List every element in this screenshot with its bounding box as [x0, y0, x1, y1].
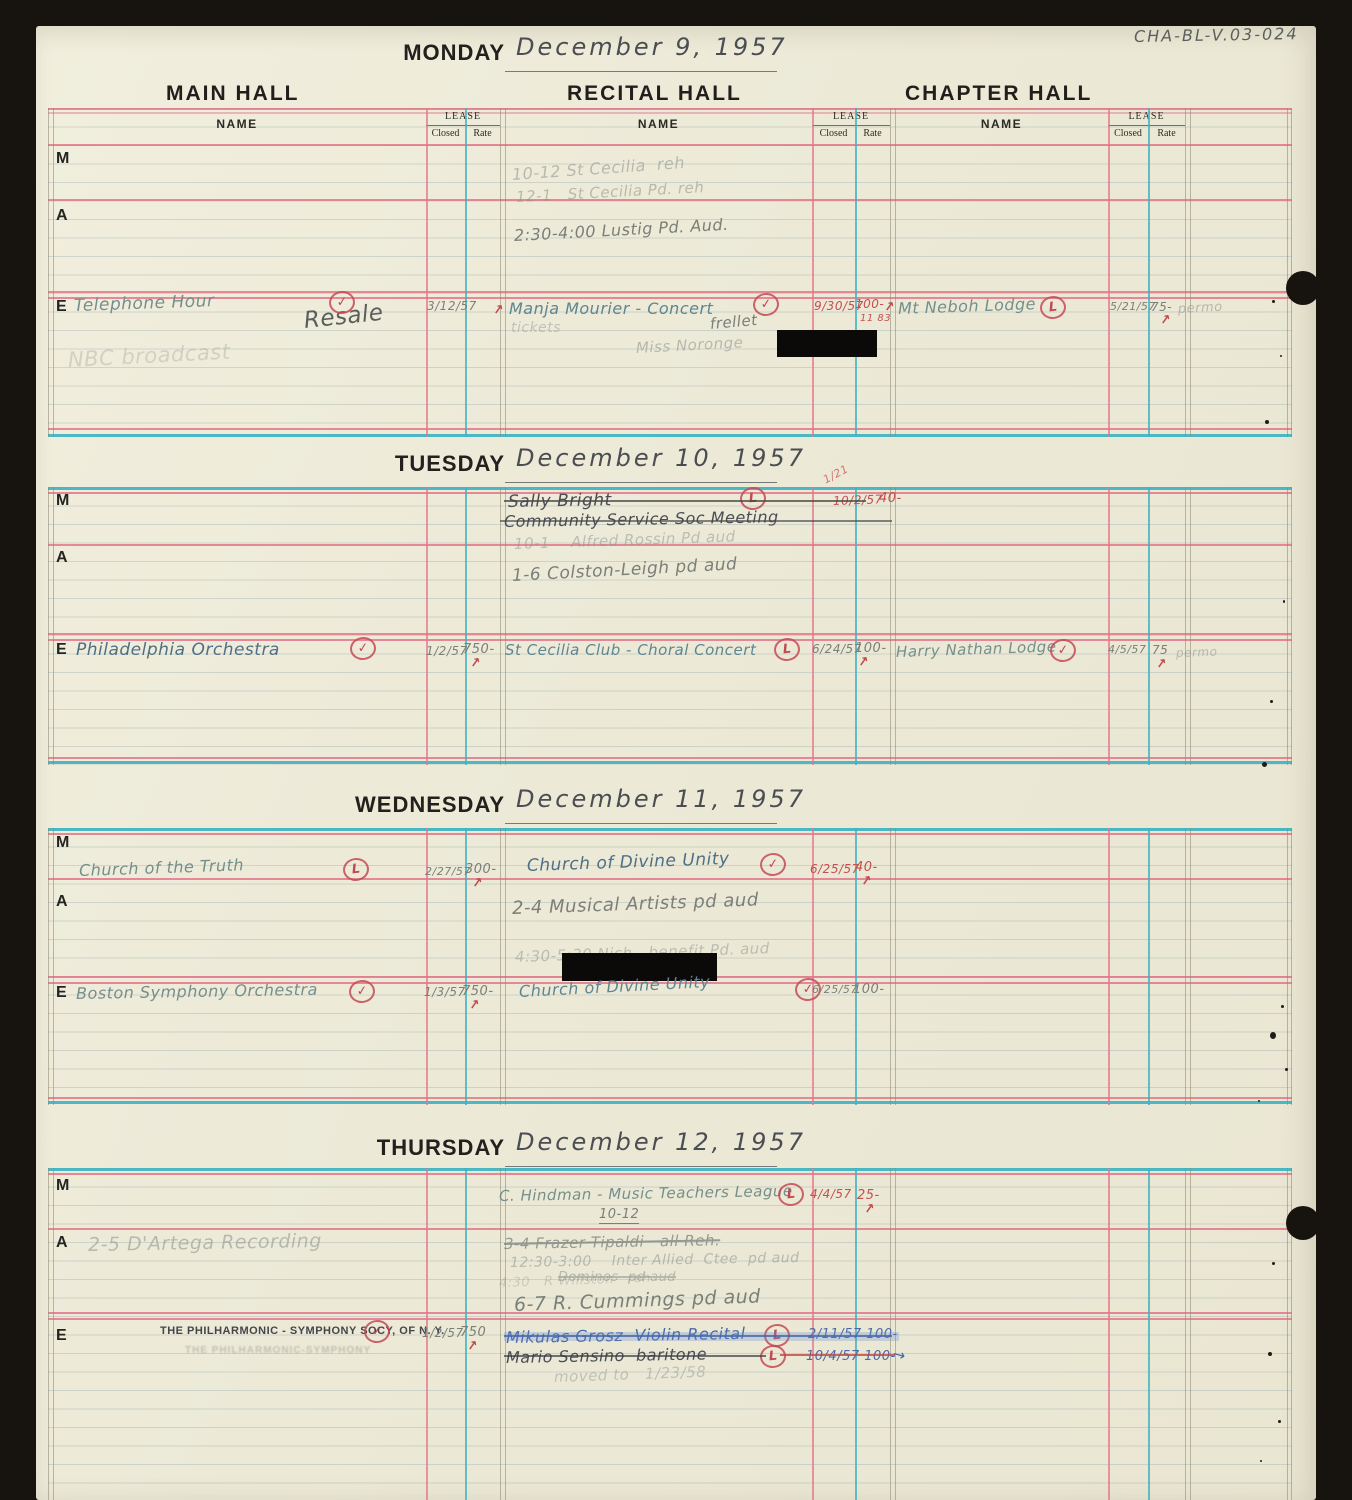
red-tick-mark: ↗: [469, 655, 482, 672]
red-tick-mark: ↗: [863, 1201, 876, 1218]
red-circled-check-mark: ✓: [349, 636, 377, 662]
scan-speck: [1270, 700, 1273, 703]
handwriting-pencilfaint: permo: [1176, 645, 1218, 660]
handwriting-pencil: 3-4 Frazer Tipaldi all Reh.: [504, 1231, 720, 1253]
scan-speck: [1285, 1068, 1288, 1071]
handwriting-pencilfaint: 10-12 St Cecilia reh: [511, 153, 685, 184]
handwriting-pencilfaint: 2-5 D'Artega Recording: [88, 1230, 322, 1256]
strike-line: [504, 500, 866, 502]
strike-line: [504, 1355, 766, 1357]
handwriting-pencilfaint: moved to 1/23/58: [554, 1363, 707, 1386]
red-circled-L-mark: L: [1039, 295, 1067, 321]
handwriting-pencildark: CHA-BL-V.03-024: [1134, 24, 1299, 46]
scan-speck: [1283, 600, 1285, 603]
handwriting-pencilteal: C. Hindman - Music Teachers League: [499, 1182, 793, 1205]
handwriting-pencil: 1-6 Colston-Leigh pd aud: [511, 554, 737, 586]
handwriting-pencilteal: Telephone Hour: [74, 291, 215, 316]
red-tick-mark: ↗: [857, 654, 870, 671]
handwriting-pencil: 10-12: [599, 1207, 639, 1224]
handwriting-pencil: 1/3/57: [424, 985, 466, 999]
scan-speck: [1281, 1005, 1284, 1008]
handwriting-inkteal: St Cecilia Club - Choral Concert: [505, 641, 756, 659]
handwriting-pencilfaint: Miss Noronge: [636, 333, 744, 357]
handwriting-pencil: frellet: [709, 311, 758, 333]
strike-line: [500, 520, 892, 522]
handwriting-pencil: 5/21/57: [1110, 300, 1156, 313]
handwriting-pencil: 4/5/57: [1108, 643, 1146, 656]
strike-line: [504, 1335, 892, 1337]
handwriting-inkblue: Philadelphia Orchestra: [76, 640, 280, 660]
handwriting-red: 25-: [857, 1188, 880, 1203]
handwriting-inkblue: Church of Divine Unity: [527, 849, 730, 876]
scan-speck: [1268, 1352, 1272, 1356]
red-tick-mark: ↗: [883, 299, 896, 316]
handwriting-pencilfaint: 4:30 R Willston reh: [499, 1271, 651, 1291]
red-tick-mark: ↗: [1155, 656, 1168, 673]
red-circled-L-mark: L: [777, 1182, 805, 1208]
scan-speck: [1278, 1420, 1281, 1423]
scan-speck: [1260, 1460, 1262, 1462]
handwriting-layer: Telephone HourResale✓3/12/57↗NBC broadca…: [0, 0, 1352, 1500]
scan-speck: [1272, 300, 1275, 303]
handwriting-stamp: THE PHILHARMONIC - SYMPHONY SOCY, OF N. …: [160, 1325, 445, 1337]
handwriting-pencilfaint: 10-1 Alfred Rossin Pd aud: [514, 527, 736, 553]
punch-hole: [1286, 271, 1320, 305]
handwriting-pencil: 6/25/57: [812, 983, 858, 996]
scan-speck: [1258, 1100, 1260, 1102]
handwriting-inkteal: Church of Divine Unity: [519, 972, 711, 1001]
handwriting-inkblue2: →: [891, 1344, 908, 1365]
red-tick-mark: ↗: [1159, 312, 1172, 329]
handwriting-red: 1/21: [821, 462, 851, 486]
handwriting-pencil: 2-4 Musical Artists pd aud: [512, 889, 759, 919]
scan-speck: [1270, 1032, 1276, 1039]
handwriting-pencil: 1/2/57: [426, 644, 468, 658]
red-circled-check-mark: ✓: [759, 852, 787, 878]
handwriting-pencil: 6-7 R. Cummings pd aud: [514, 1285, 762, 1316]
handwriting-pencilfaint: 12-1 St Cecilia Pd. reh: [516, 178, 705, 206]
handwriting-pencilteal: Mt Neboh Lodge: [898, 294, 1037, 318]
handwriting-pencilteal: Church of the Truth: [79, 855, 245, 880]
handwriting-pencil: 75: [1152, 643, 1168, 657]
red-circled-L-mark: L: [342, 857, 370, 883]
red-tick-mark: ↗: [471, 875, 484, 892]
red-tick-mark: ↗: [468, 997, 481, 1014]
handwriting-pencil: 2:30-4:00 Lustig Pd. Aud.: [514, 215, 730, 245]
scan-speck: [1280, 355, 1282, 357]
handwriting-pencilteal: Boston Symphony Orchestra: [76, 980, 318, 1003]
strike-line: [780, 1354, 895, 1356]
handwriting-stampfaint: THE PHILHARMONIC-SYMPHONY: [185, 1345, 371, 1356]
handwriting-pencilfaint: NBC broadcast: [67, 340, 231, 372]
handwriting-red: 100-: [855, 297, 884, 311]
scan-speck: [1262, 762, 1267, 767]
handwriting-pencil: 1/2/57: [422, 1326, 464, 1340]
red-tick-mark: ↗: [466, 1338, 479, 1355]
scan-speck: [1272, 1262, 1275, 1265]
handwriting-inkteal: Manja Mourier - Concert: [509, 299, 713, 318]
handwriting-pencilfaint: 12:30-3:00 Inter Allied Ctee pd aud: [510, 1250, 800, 1271]
handwriting-inkblue2: 10/4/57 100-: [806, 1349, 896, 1364]
red-circled-check-mark: ✓: [363, 1319, 391, 1345]
red-circled-L-mark: L: [773, 637, 801, 663]
handwriting-pencilteal: Harry Nathan Lodge: [896, 637, 1057, 661]
red-tick-mark: ↗: [492, 302, 505, 319]
red-circled-check-mark: ✓: [348, 979, 376, 1005]
punch-hole: [1286, 1206, 1320, 1240]
red-circled-check-mark: ✓: [1049, 638, 1077, 664]
handwriting-red: 4/4/57: [810, 1187, 852, 1201]
handwriting-pencilfaint: permo: [1178, 300, 1223, 317]
handwriting-red: 6/25/57: [810, 862, 860, 876]
handwriting-pencil: 100-: [855, 641, 887, 656]
handwriting-red: 40-: [879, 491, 902, 506]
handwriting-pencil: 100-: [853, 982, 885, 997]
red-tick-mark: ↗: [860, 873, 873, 890]
scan-speck: [1265, 420, 1269, 424]
handwriting-pencil: 3/12/57: [427, 299, 477, 313]
handwriting-pencilfaint: tickets: [511, 320, 561, 336]
scanned-ledger-page: { "page": { "archive_code": "CHA-BL-V.03…: [0, 0, 1352, 1500]
redaction-box: [777, 330, 877, 357]
